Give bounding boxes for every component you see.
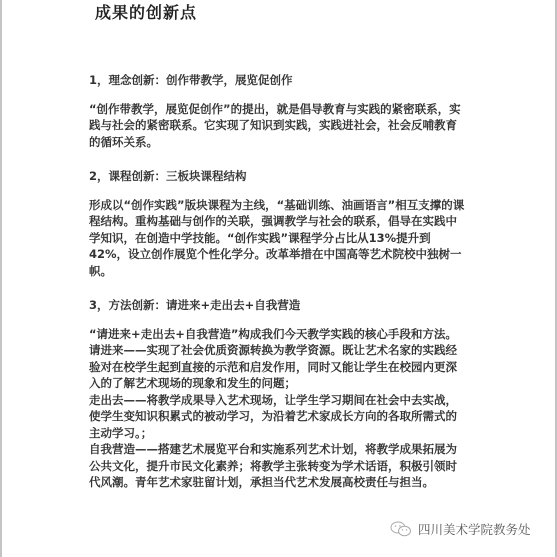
document-body: 1，理念创新：创作带教学，展览促创作 “创作带教学，展览促创作”的提出，就是倡导… bbox=[89, 72, 467, 509]
section-heading: 2，课程创新：三板块课程结构 bbox=[89, 168, 467, 185]
paragraph: “创作带教学，展览促创作”的提出，就是倡导教育与实践的紧密联系，实践与社会的紧密… bbox=[89, 101, 467, 151]
section-1: 1，理念创新：创作带教学，展览促创作 “创作带教学，展览促创作”的提出，就是倡导… bbox=[89, 72, 467, 150]
page-title: 成果的创新点 bbox=[95, 0, 197, 23]
watermark-text: 四川美术学院教务处 bbox=[418, 520, 531, 538]
paragraph: 形成以“创作实践”版块课程为主线，“基础训练、油画语言”相互支撑的课程结构。重构… bbox=[89, 197, 467, 280]
watermark: 四川美术学院教务处 bbox=[390, 520, 531, 538]
section-2: 2，课程创新：三板块课程结构 形成以“创作实践”版块课程为主线，“基础训练、油画… bbox=[89, 168, 467, 279]
paragraph: “请进来+走出去+自我营造”构成我们今天教学实践的核心手段和方法。请进来——实现… bbox=[89, 326, 467, 392]
section-3: 3，方法创新：请进来+走出去+自我营造 “请进来+走出去+自我营造”构成我们今天… bbox=[89, 297, 467, 491]
section-heading: 1，理念创新：创作带教学，展览促创作 bbox=[89, 72, 467, 89]
wechat-icon bbox=[390, 521, 412, 537]
paragraph: 走出去——将教学成果导入艺术现场，让学生学习期间在社会中去实战，使学生变知识积累… bbox=[89, 392, 467, 442]
paragraph: 自我营造——搭建艺术展览平台和实施系列艺术计划，将教学成果拓展为公共文化，提升市… bbox=[89, 441, 467, 491]
left-border bbox=[0, 0, 2, 557]
section-heading: 3，方法创新：请进来+走出去+自我营造 bbox=[89, 297, 467, 314]
